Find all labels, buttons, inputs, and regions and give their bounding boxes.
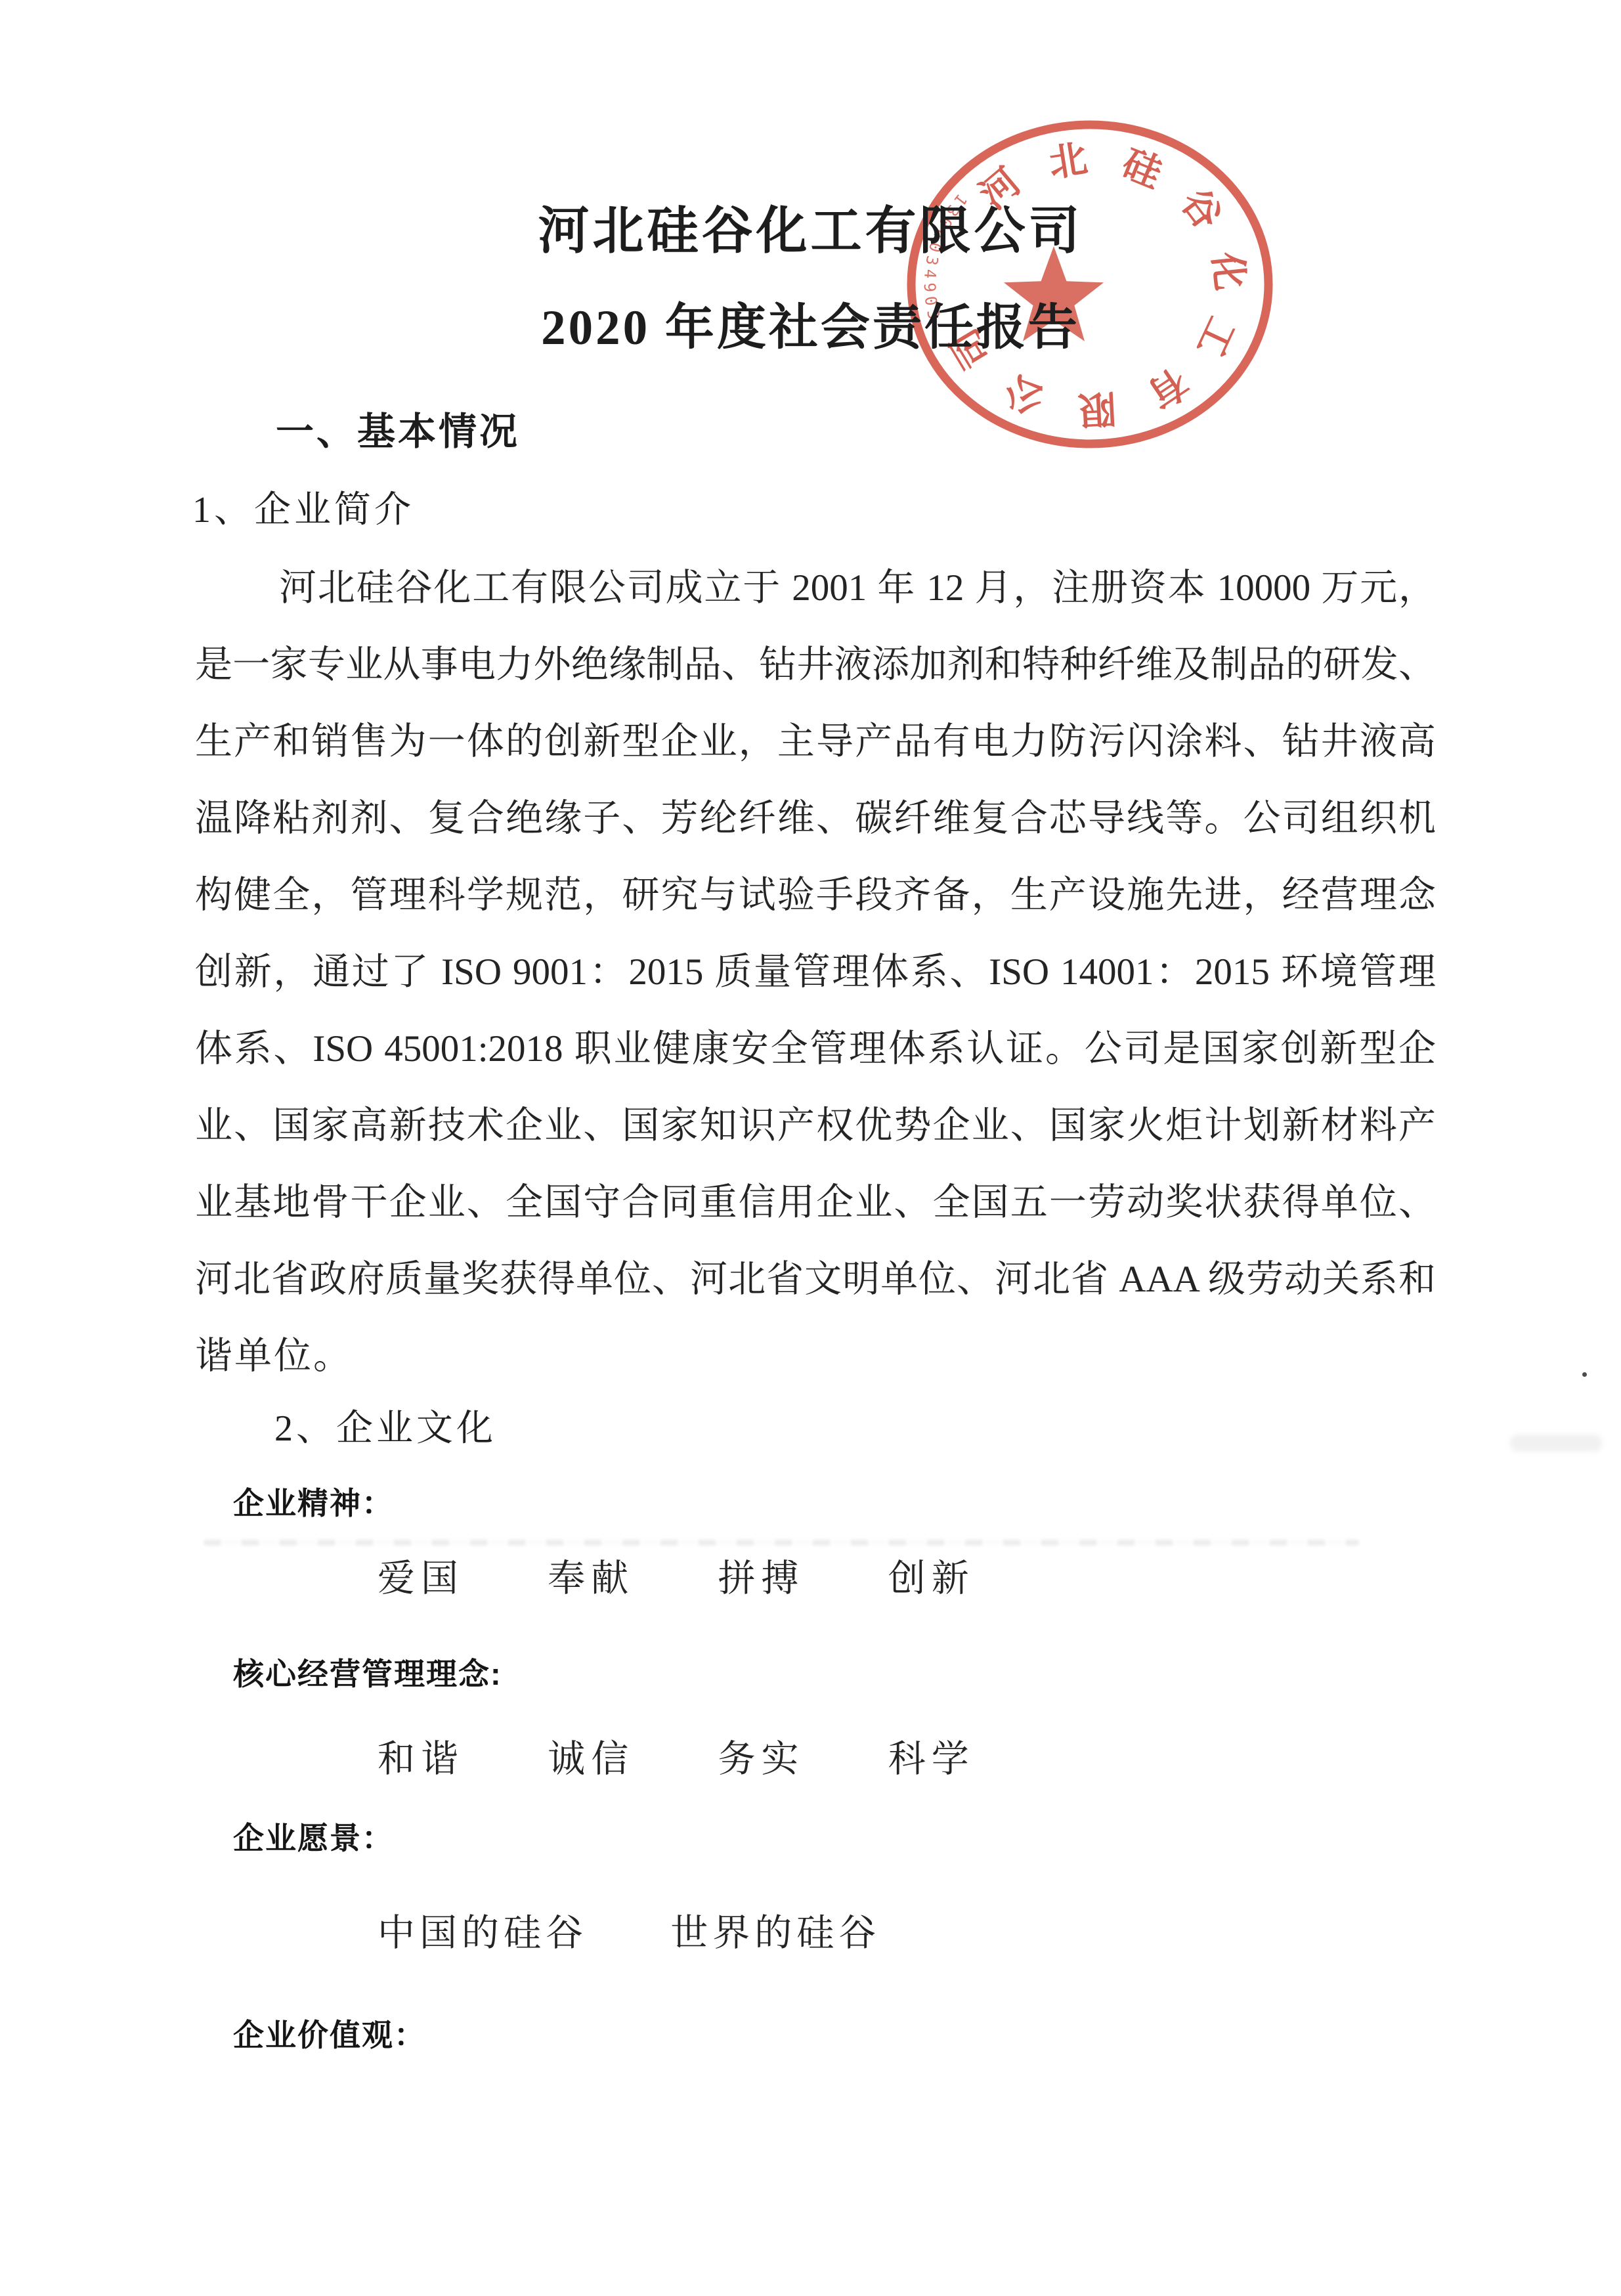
label-company-vision: 企业愿景：: [233, 1815, 394, 1861]
company-profile-paragraph: 河北硅谷化工有限公司成立于 2001 年 12 月，注册资本 10000 万元，…: [195, 550, 1436, 1395]
company-spirit-values: 爱国 奉献 拼搏 创新: [378, 1553, 975, 1605]
vision-value: 中国的硅谷: [378, 1907, 588, 1960]
paragraph-line: 温降粘剂剂、复合绝缘子、芳纶纤维、碳纤维复合芯导线等。公司组织机: [195, 780, 1436, 857]
spirit-value: 创新: [888, 1553, 975, 1605]
company-vision-values: 中国的硅谷 世界的硅谷: [378, 1907, 880, 1960]
paragraph-line: 构健全，管理科学规范，研究与试验手段齐备，生产设施先进，经营理念: [195, 857, 1436, 934]
subsection-heading-corporate-culture: 2、企业文化: [274, 1402, 496, 1455]
paragraph-line: 创新，通过了 ISO 9001：2015 质量管理体系、ISO 14001：20…: [195, 934, 1436, 1010]
philosophy-value: 务实: [718, 1733, 805, 1786]
philosophy-value: 科学: [888, 1733, 975, 1786]
spirit-value: 爱国: [378, 1553, 464, 1605]
vision-value: 世界的硅谷: [670, 1907, 880, 1960]
scan-noise-band: [204, 1540, 1359, 1546]
paragraph-line: 河北硅谷化工有限公司成立于 2001 年 12 月，注册资本 10000 万元，: [195, 550, 1436, 626]
label-company-values: 企业价值观：: [233, 2012, 426, 2058]
paragraph-line: 生产和销售为一体的创新型企业，主导产品有电力防污闪涂料、钻井液高: [195, 703, 1436, 780]
company-seal-stamp: 河北硅谷化工有限公司 1304034903: [873, 68, 1307, 501]
scan-smudge: [1510, 1435, 1602, 1452]
paragraph-line: 是一家专业从事电力外绝缘制品、钻井液添加剂和特种纤维及制品的研发、: [195, 626, 1436, 703]
management-philosophy-values: 和谐 诚信 务实 科学: [378, 1733, 975, 1786]
subsection-heading-company-profile: 1、企业简介: [192, 484, 414, 536]
report-title-line2: 2020 年度社会责任报告: [0, 295, 1621, 361]
paragraph-line: 业、国家高新技术企业、国家知识产权优势企业、国家火炬计划新材料产: [195, 1087, 1436, 1164]
philosophy-value: 诚信: [548, 1733, 634, 1786]
svg-text:限: 限: [1077, 387, 1117, 431]
section-heading-basic-info: 一、基本情况: [276, 406, 520, 458]
paragraph-line: 谐单位。: [195, 1318, 1436, 1395]
paragraph-line: 体系、ISO 45001:2018 职业健康安全管理体系认证。公司是国家创新型企: [195, 1010, 1436, 1087]
svg-text:有: 有: [1140, 359, 1195, 416]
paragraph-line: 业基地骨干企业、全国守合同重信用企业、全国五一劳动奖状获得单位、: [195, 1164, 1436, 1241]
philosophy-value: 和谐: [378, 1733, 464, 1786]
svg-text:北: 北: [1046, 137, 1090, 185]
svg-text:硅: 硅: [1116, 142, 1167, 196]
report-title-line1: 河北硅谷化工有限公司: [0, 198, 1621, 264]
spirit-value: 拼搏: [718, 1553, 805, 1605]
label-company-spirit: 企业精神：: [233, 1481, 394, 1527]
scan-ink-dot: [1582, 1372, 1587, 1377]
report-page: 河北硅谷化工有限公司 1304034903 河北硅谷化工有限公司 2020 年度…: [0, 0, 1621, 2296]
paragraph-line: 河北省政府质量奖获得单位、河北省文明单位、河北省 AAA 级劳动关系和: [195, 1241, 1436, 1318]
svg-text:公: 公: [998, 366, 1052, 422]
label-core-management-philosophy: 核心经营管理理念:: [233, 1651, 502, 1697]
spirit-value: 奉献: [548, 1553, 634, 1605]
